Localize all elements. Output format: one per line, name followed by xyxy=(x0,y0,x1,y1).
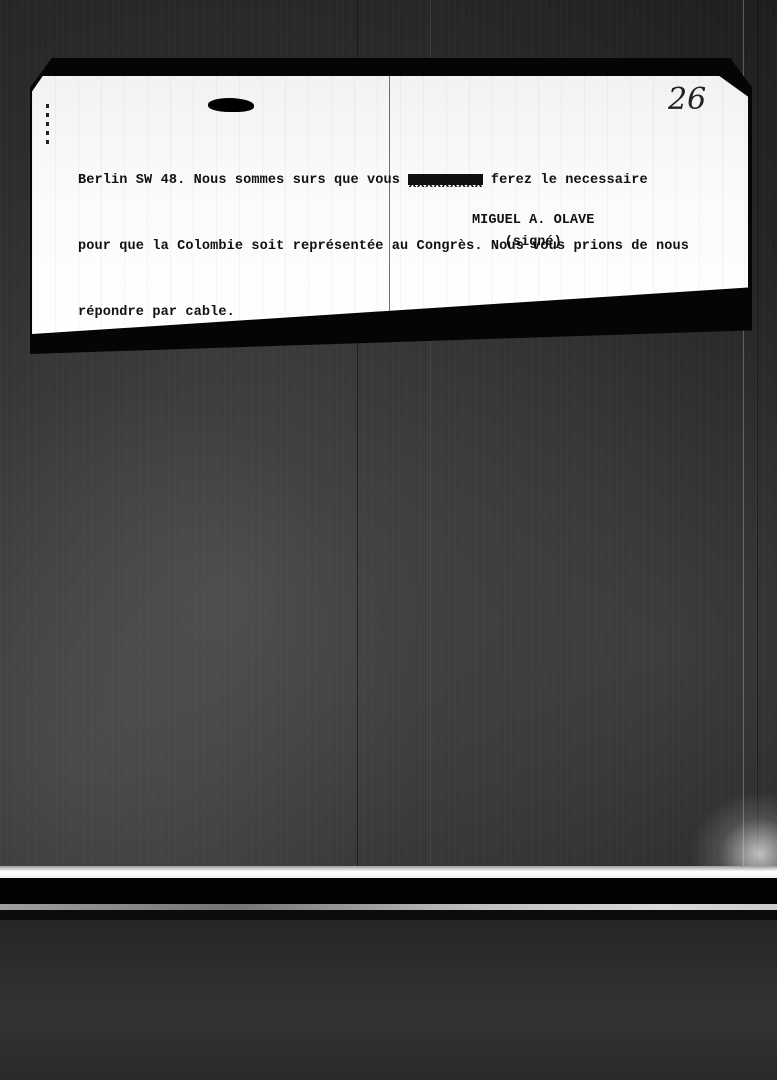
film-light-leak xyxy=(690,790,777,870)
struck-out-word: xxxxxxxxx xyxy=(408,174,482,185)
signature-block: MIGUEL A. OLAVE (signé) xyxy=(472,210,594,254)
film-frame-divider xyxy=(0,910,777,920)
next-frame-area xyxy=(0,920,777,1080)
microfilm-scan: 26 Berlin SW 48. Nous sommes surs que vo… xyxy=(0,0,777,1080)
signature-note: (signé) xyxy=(472,232,594,254)
ink-blot xyxy=(208,98,254,112)
handwritten-page-number: 26 xyxy=(668,82,706,117)
punch-marks xyxy=(46,104,49,144)
letter-body: Berlin SW 48. Nous sommes surs que vous … xyxy=(78,126,689,434)
letter-text: ferez le necessaire xyxy=(483,173,648,188)
letter-line-2: pour que la Colombie soit représentée au… xyxy=(78,236,689,258)
letter-line-1: Berlin SW 48. Nous sommes surs que vous … xyxy=(78,170,689,192)
letter-text: Berlin SW 48. Nous sommes surs que vous xyxy=(78,173,408,188)
signature-name: MIGUEL A. OLAVE xyxy=(472,210,594,232)
letter-closing: Recevez, cher camarade, etc. xyxy=(78,368,689,390)
